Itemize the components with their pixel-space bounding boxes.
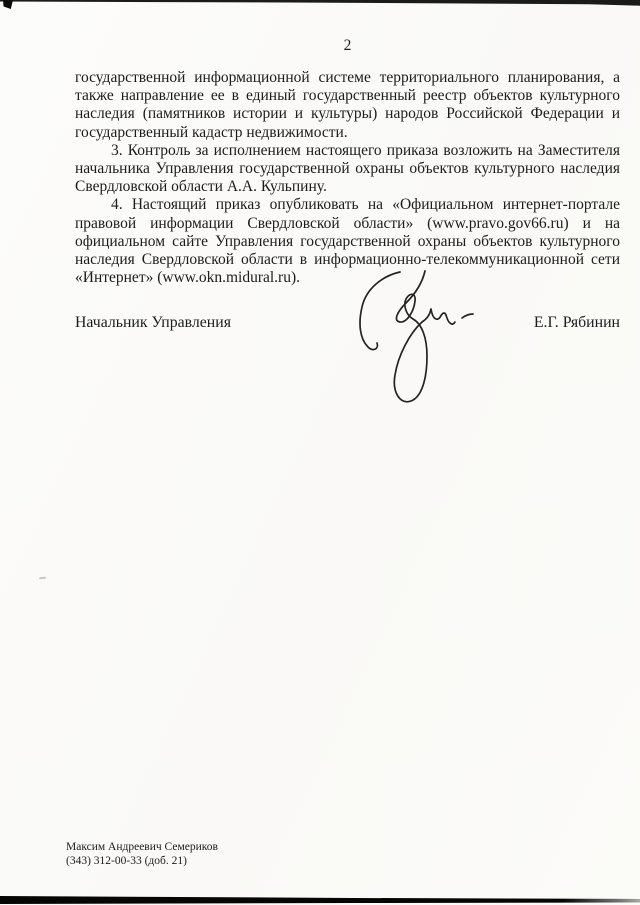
scan-edge-top — [0, 0, 640, 6]
document-page: 2 государственной информационной системе… — [0, 0, 640, 905]
scan-corner-blob — [3, 0, 13, 9]
scan-speck — [39, 577, 46, 580]
body-paragraph-continuation: государственной информационной системе т… — [75, 69, 620, 142]
footer-contact-phone: (343) 312-00-33 (доб. 21) — [66, 855, 218, 869]
body-paragraph-3: 3. Контроль за исполнением настоящего пр… — [75, 142, 620, 197]
body-text: государственной информационной системе т… — [75, 69, 620, 287]
signatory-position-title: Начальник Управления — [75, 314, 231, 332]
footer-contact-name: Максим Андреевич Семериков — [66, 841, 218, 855]
signatory-name: Е.Г. Рябинин — [534, 314, 620, 332]
scan-edge-bottom — [0, 894, 640, 905]
footer-contact: Максим Андреевич Семериков (343) 312-00-… — [66, 841, 218, 869]
page-number: 2 — [75, 37, 620, 55]
handwritten-signature — [327, 262, 477, 412]
signature-icon — [327, 262, 477, 412]
